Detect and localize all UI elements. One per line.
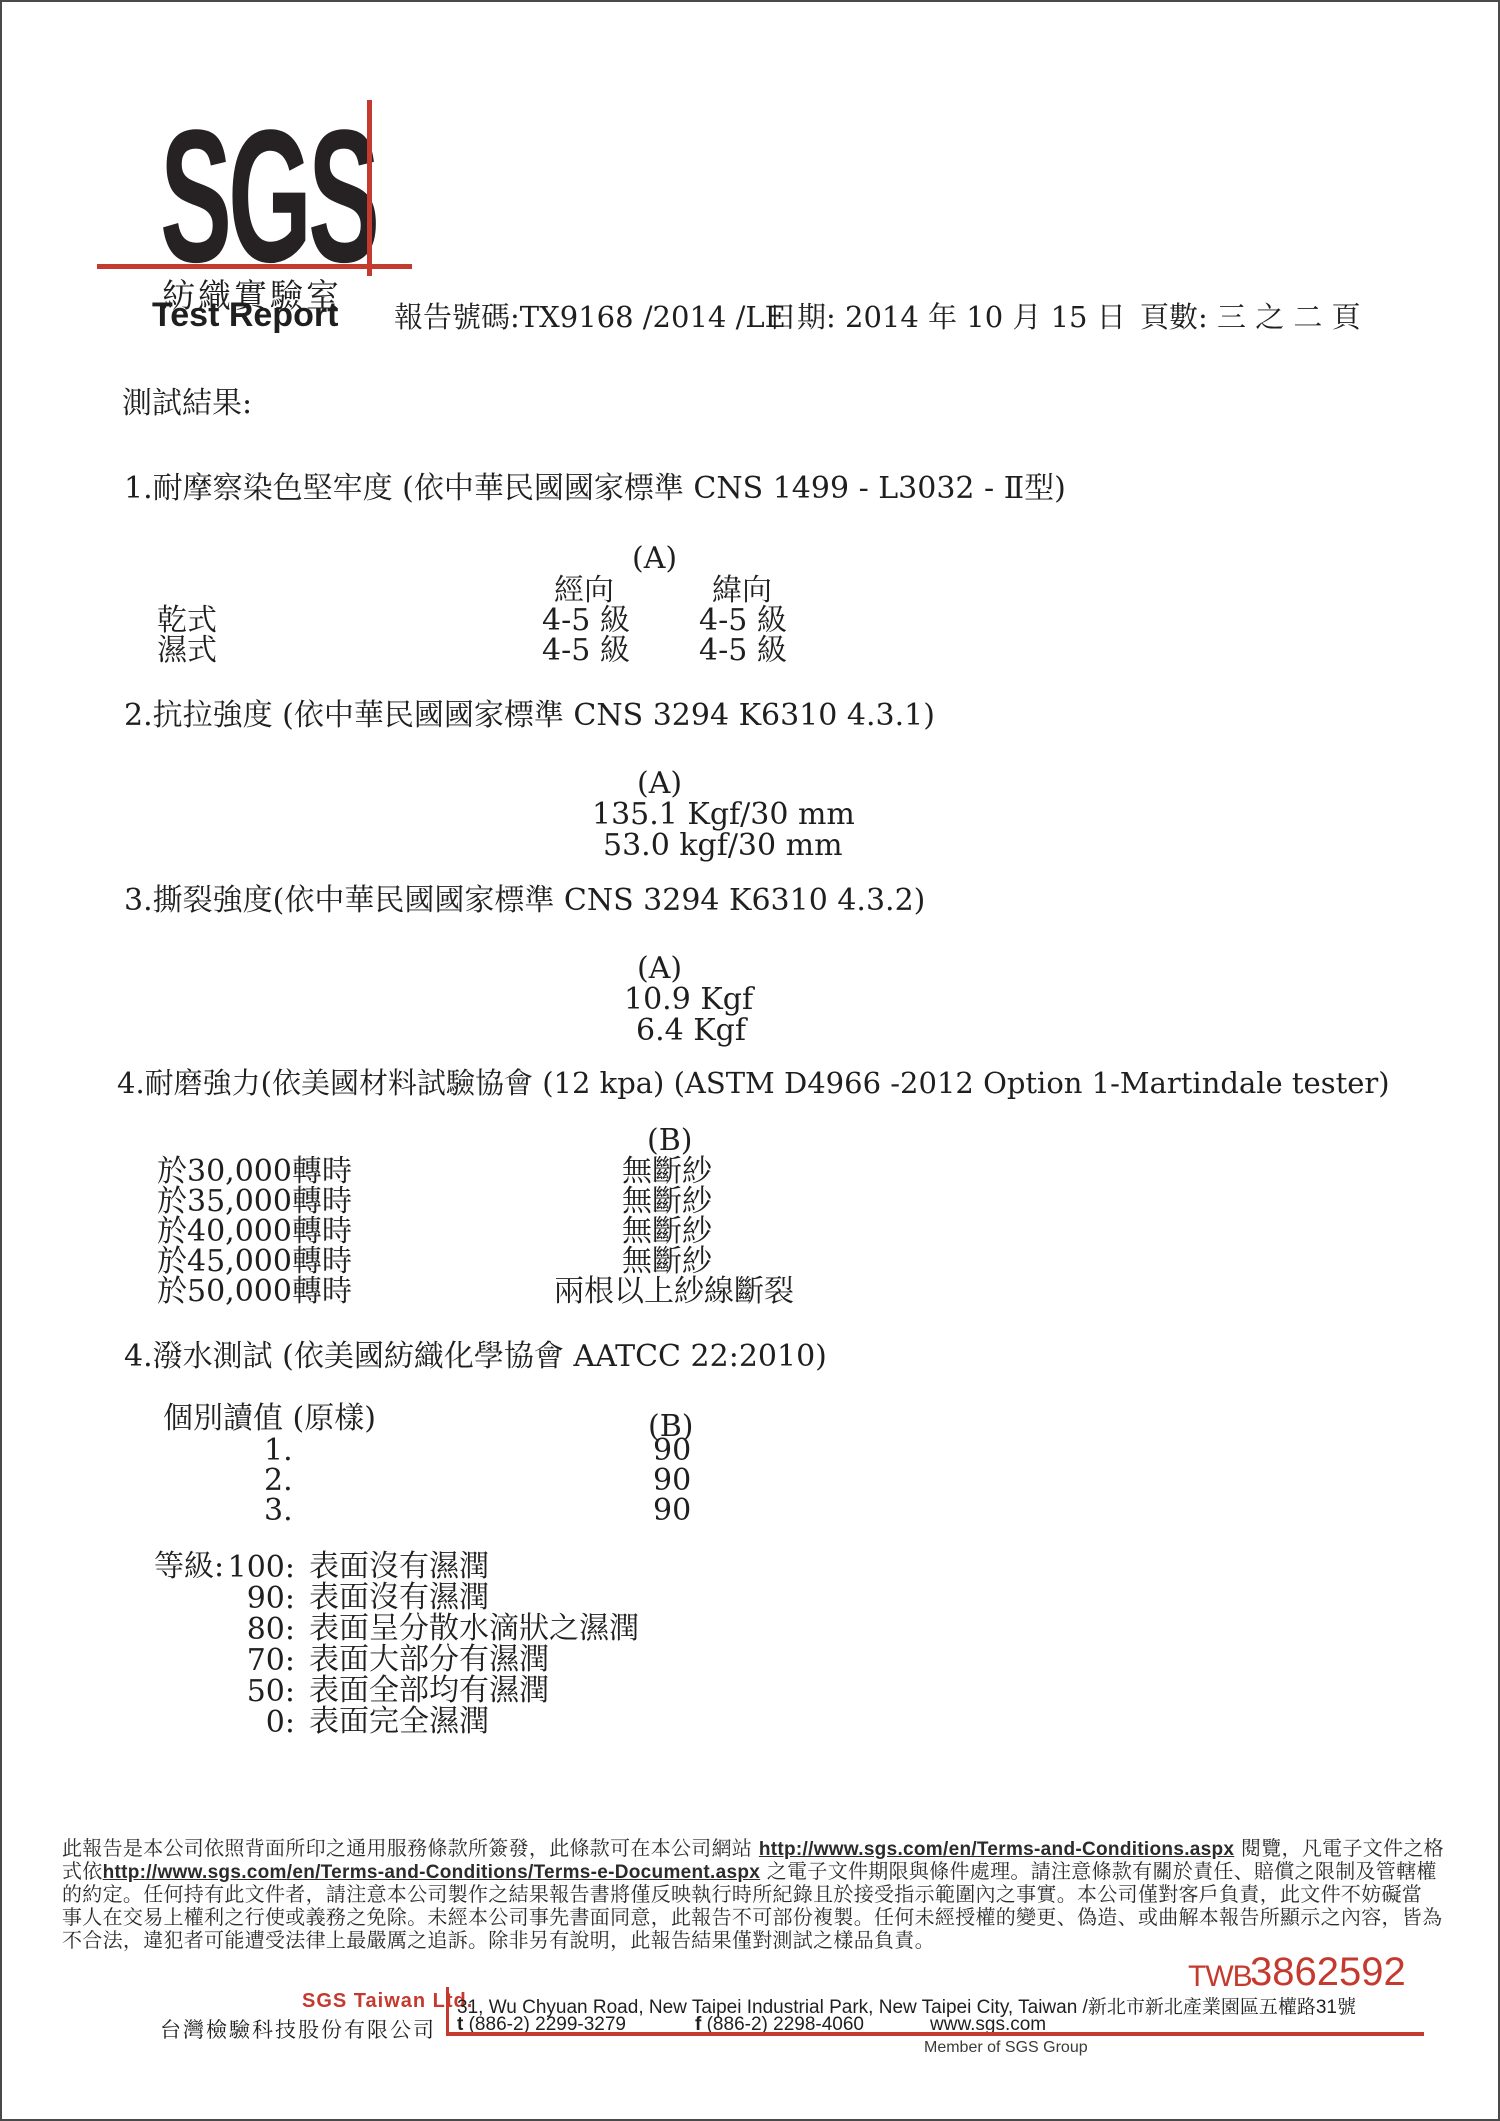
- section3-title: 3.撕裂強度(依中華民國國家標準 CNS 3294 K6310 4.3.2): [124, 884, 925, 917]
- table-cell: 90: [653, 1494, 691, 1527]
- test-report-page: SGS 紡織實驗室 Test Report 報告號碼:TX9168 /2014 …: [0, 0, 1500, 2121]
- report-pages-value: 三 之 二 頁: [1217, 300, 1361, 334]
- section5-readings-label: 個別讀值 (原樣): [163, 1402, 376, 1435]
- section1-group-header: (A): [632, 542, 677, 575]
- scale-desc: 表面全部均有濕潤: [309, 1674, 549, 1707]
- table-cell: 4-5 級: [542, 634, 630, 667]
- report-pages-label: 頁數:: [1140, 300, 1208, 334]
- scale-desc: 表面呈分散水滴狀之濕潤: [309, 1612, 639, 1645]
- scale-grade: 50:: [182, 1674, 295, 1709]
- scale-desc: 表面大部分有濕潤: [309, 1643, 549, 1676]
- section2-group-header: (A): [637, 767, 682, 800]
- table-row-label: 3.: [264, 1494, 293, 1527]
- sgs-logo: SGS: [160, 102, 376, 291]
- table-cell: 4-5 級: [699, 634, 787, 667]
- section2-value: 53.0 kgf/30 mm: [603, 829, 843, 862]
- scale-desc: 表面沒有濕潤: [309, 1550, 489, 1583]
- scale-grade: 90:: [182, 1581, 295, 1616]
- section1-title: 1.耐摩察染色堅牢度 (依中華民國國家標準 CNS 1499 - L3032 -…: [124, 472, 1066, 505]
- section3-value: 6.4 Kgf: [636, 1014, 746, 1047]
- section5-title: 4.潑水測試 (依美國紡織化學協會 AATCC 22:2010): [124, 1340, 827, 1373]
- section4-title: 4.耐磨強力(依美國材料試驗協會 (12 kpa) (ASTM D4966 -2…: [117, 1068, 1390, 1100]
- report-number: 報告號碼:TX9168 /2014 /LE: [394, 302, 786, 334]
- footer-horizontal-rule: [446, 2032, 1424, 2036]
- results-heading: 測試結果:: [122, 387, 252, 420]
- scale-desc: 表面沒有濕潤: [309, 1581, 489, 1614]
- section3-group-header: (A): [637, 952, 682, 985]
- section2-title: 2.抗拉強度 (依中華民國國家標準 CNS 3294 K6310 4.3.1): [124, 699, 935, 732]
- report-number-value: TX9168 /2014 /LE: [520, 300, 786, 334]
- disclaimer-line-5: 不合法，違犯者可能遭受法律上最嚴厲之追訴。除非另有說明，此報告結果僅對測試之樣品…: [62, 1924, 935, 1953]
- scale-grade: 100:: [182, 1550, 295, 1585]
- report-date-label: 日期:: [768, 300, 836, 334]
- serial-stamp-prefix: TWB: [1188, 1960, 1252, 1994]
- section4-group-header: (B): [647, 1124, 692, 1157]
- table-row-label: 於50,000轉時: [157, 1275, 352, 1308]
- section2-value: 135.1 Kgf/30 mm: [592, 798, 855, 831]
- scale-desc: 表面完全濕潤: [309, 1705, 489, 1738]
- scale-grade: 80:: [182, 1612, 295, 1647]
- footer-vertical-rule: [446, 1987, 449, 2034]
- footer-company-zh: 台灣檢驗科技股份有限公司: [160, 2014, 436, 2044]
- logo-horizontal-rule: [97, 264, 412, 269]
- serial-stamp-number: 3862592: [1250, 1950, 1406, 1995]
- section3-value: 10.9 Kgf: [624, 983, 753, 1016]
- report-title: Test Report: [152, 296, 338, 335]
- table-cell: 兩根以上紗線斷裂: [554, 1275, 794, 1308]
- scale-grade: 70:: [182, 1643, 295, 1678]
- report-number-label: 報告號碼:: [394, 300, 520, 334]
- report-date-value: 2014 年 10 月 15 日: [845, 300, 1126, 334]
- scale-grade: 0:: [182, 1705, 295, 1740]
- table-row-label: 濕式: [157, 634, 217, 667]
- footer-member-line: Member of SGS Group: [924, 2039, 1088, 2057]
- report-date: 日期: 2014 年 10 月 15 日: [768, 302, 1126, 334]
- report-pages: 頁數: 三 之 二 頁: [1140, 302, 1361, 334]
- logo-vertical-rule: [367, 100, 372, 276]
